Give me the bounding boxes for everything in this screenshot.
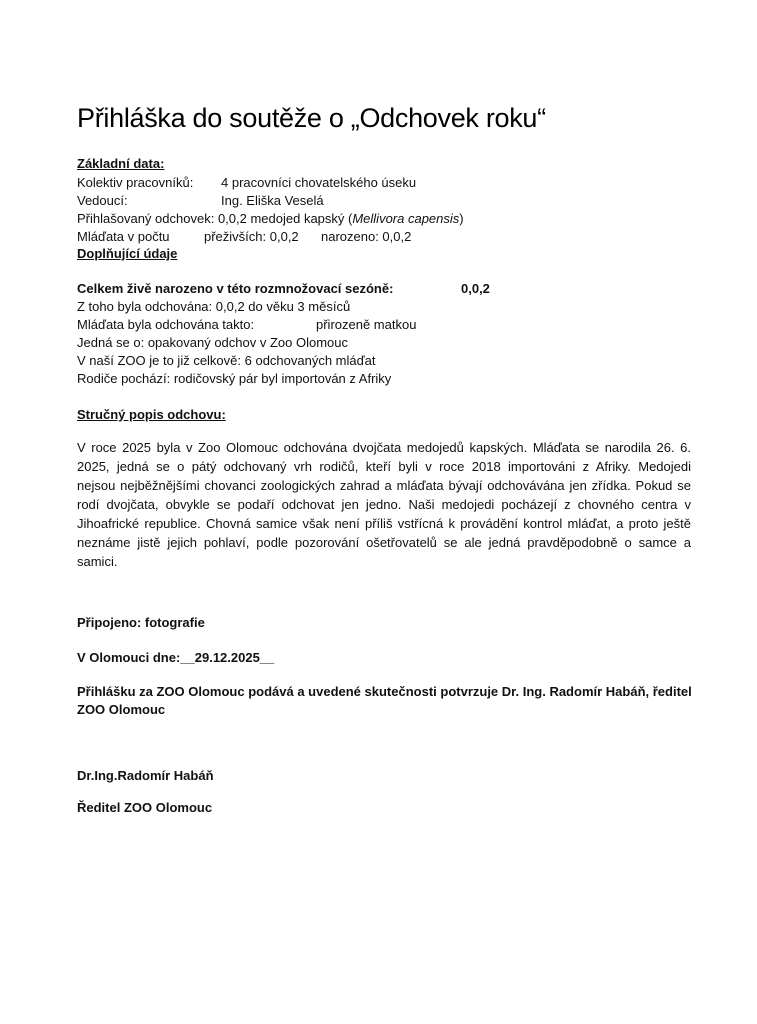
registered-row: Přihlašovaný odchovek: 0,0,2 medojed kap… — [77, 211, 464, 227]
leader-value: Ing. Eliška Veselá — [221, 193, 324, 209]
signature-name: Dr.Ing.Radomír Habáň — [77, 768, 214, 784]
description-line: 2025, jedná se o pátý odchovaný vrh rodi… — [77, 457, 691, 476]
leader-label: Vedoucí: — [77, 193, 128, 209]
parents-line: Rodiče pochází: rodičovský pár byl impor… — [77, 371, 391, 387]
attached-line: Připojeno: fotografie — [77, 615, 205, 631]
survived-count: přeživších: 0,0,2 — [204, 229, 299, 245]
registered-close: ) — [459, 211, 463, 226]
description-line: V roce 2025 byla v Zoo Olomouc odchována… — [77, 438, 691, 457]
type-line: Jedná se o: opakovaný odchov v Zoo Olomo… — [77, 335, 348, 351]
basic-data-heading: Základní data: — [77, 156, 164, 172]
description-heading: Stručný popis odchovu: — [77, 407, 226, 423]
method-value: přirozeně matkou — [316, 317, 416, 333]
description-line: neznáme jistě jejich pohlaví, podle pozo… — [77, 533, 691, 552]
description-line: rodí dvojčata, obvykle se podaří odchova… — [77, 495, 691, 514]
additional-heading: Doplňující údaje — [77, 246, 177, 262]
description-paragraph: V roce 2025 byla v Zoo Olomouc odchována… — [77, 438, 691, 571]
young-label: Mláďata v počtu — [77, 229, 170, 245]
description-line: samici. — [77, 552, 691, 571]
raised-line: Z toho byla odchována: 0,0,2 do věku 3 m… — [77, 299, 350, 315]
document-title: Přihláška do soutěže o „Odchovek roku“ — [77, 103, 546, 134]
date-line: V Olomouci dne:__29.12.2025__ — [77, 650, 274, 666]
total-born-value: 0,0,2 — [461, 281, 490, 297]
document-page: Přihláška do soutěže o „Odchovek roku“ Z… — [0, 0, 757, 1024]
count-line: V naší ZOO je to již celkově: 6 odchovan… — [77, 353, 375, 369]
method-label: Mláďata byla odchována takto: — [77, 317, 254, 333]
statement-line-1: Přihlášku za ZOO Olomouc podává a uveden… — [77, 684, 692, 700]
description-line: Jihoafrické republice. Chovná samice vša… — [77, 514, 691, 533]
signature-title: Ředitel ZOO Olomouc — [77, 800, 212, 816]
born-count: narozeno: 0,0,2 — [321, 229, 411, 245]
total-born-label: Celkem živě narozeno v této rozmnožovací… — [77, 281, 393, 297]
registered-value: 0,0,2 medojed kapský ( — [218, 211, 352, 226]
team-value: 4 pracovníci chovatelského úseku — [221, 175, 416, 191]
description-line: nejsou nejběžnějšími chovanci zoologický… — [77, 476, 691, 495]
latin-name: Mellivora capensis — [352, 211, 459, 226]
statement-line-2: ZOO Olomouc — [77, 702, 165, 718]
registered-label: Přihlašovaný odchovek: — [77, 211, 214, 226]
team-label: Kolektiv pracovníků: — [77, 175, 193, 191]
